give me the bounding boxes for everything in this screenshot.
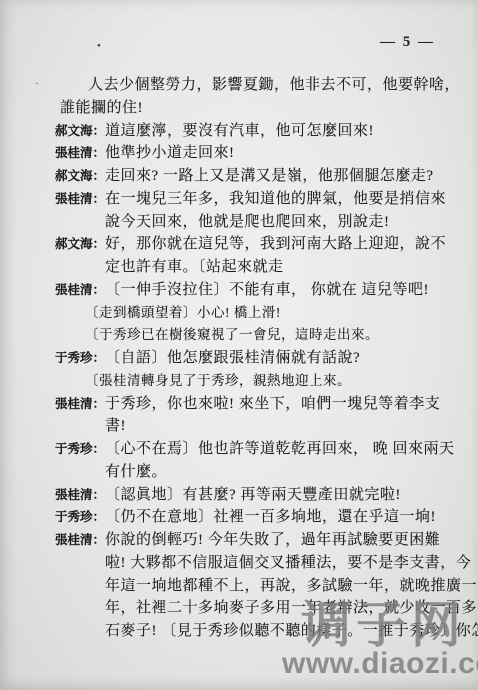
script-line: 書! bbox=[105, 415, 455, 438]
ink-speck: • bbox=[97, 40, 101, 52]
dialogue-text: 道這麼濘，要沒有汽車，他可怎麼回來! bbox=[105, 120, 455, 143]
script-line: 年這一垧地都種不上，再說，多試驗一年，就晚推廣一 bbox=[105, 575, 455, 598]
dialogue-text: 在一塊兒三年多，我知道他的脾氣，他要是捎信來 bbox=[105, 188, 455, 211]
script-line: 〔于秀珍已在樹後窺視了一會兒，這時走出來。 bbox=[85, 324, 455, 347]
script-line: 啦! 大夥都不信服這個交叉播種法，要不是李支書，今 bbox=[105, 552, 455, 575]
page-number: — 5 — bbox=[380, 34, 435, 51]
speaker-name: 張桂清： bbox=[55, 484, 105, 507]
dialogue-text: 〔仍不在意地〕社裡一百多垧地，還在乎這一垧! bbox=[105, 506, 455, 529]
speaker-name: 張桂清： bbox=[55, 393, 105, 416]
script-line: 張桂清：于秀珍，你也來啦! 來坐下，咱們一塊兒等着李支 bbox=[55, 393, 455, 416]
speaker-name: 于秀珍： bbox=[55, 506, 105, 529]
script-line: 于秀珍：〔自語〕他怎麼跟張桂清倆就有話說? bbox=[55, 347, 455, 370]
speaker-name: 張桂清： bbox=[55, 279, 105, 302]
script-line: 年，社裡二十多垧麥子多用一年老辦法，就少收一百多 bbox=[105, 597, 455, 620]
speaker-name: 張桂清： bbox=[55, 142, 105, 165]
dialogue-text: 〔自語〕他怎麼跟張桂清倆就有話說? bbox=[105, 347, 455, 370]
watermark-url: www.diaozi.com bbox=[282, 646, 478, 682]
script-line: 有什麼。 bbox=[105, 461, 455, 484]
script-line: 張桂清：〔認眞地〕有甚麼? 再等兩天豐產田就完啦! bbox=[55, 484, 455, 507]
script-lines: 人去少個整勞力，影響夏鋤，他非去不可，他要幹啥，誰能攔的住!郝文海：道這麼濘，要… bbox=[55, 74, 455, 643]
script-line: 于秀珍：〔心不在焉〕他也許等道乾乾再回來， 晚 回來兩天 bbox=[55, 438, 455, 461]
script-line: 于秀珍：〔仍不在意地〕社裡一百多垧地，還在乎這一垧! bbox=[55, 506, 455, 529]
script-line: 〔張桂清轉身見了于秀珍，親熱地迎上來。 bbox=[85, 370, 455, 393]
script-line: 人去少個整勞力，影響夏鋤，他非去不可，他要幹啥， bbox=[88, 74, 455, 97]
dialogue-text: 于秀珍，你也來啦! 來坐下，咱們一塊兒等着李支 bbox=[105, 393, 455, 416]
script-line: 張桂清：你說的倒輕巧! 今年失敗了，過年再試驗要更困難 bbox=[55, 529, 455, 552]
script-line: 石麥子! 〔見于秀珍似聽不聽的樣子。一推于秀珍〕你怎 bbox=[105, 620, 455, 643]
script-line: 張桂清：在一塊兒三年多，我知道他的脾氣，他要是捎信來 bbox=[55, 188, 455, 211]
speaker-name: 于秀珍： bbox=[55, 438, 105, 461]
script-line: 張桂清：〔一伸手沒拉住〕不能有車， 你就在 這兒等吧! bbox=[55, 279, 455, 302]
dialogue-text: 他準抄小道走回來! bbox=[105, 142, 455, 165]
dialogue-text: 〔認眞地〕有甚麼? 再等兩天豐產田就完啦! bbox=[105, 484, 455, 507]
dialogue-text: 好，那你就在這兒等，我到河南大路上迎迎，說不 bbox=[105, 233, 455, 256]
speaker-name: 郝文海： bbox=[55, 165, 105, 188]
script-line: 誰能攔的住! bbox=[60, 97, 455, 120]
dialogue-text: 你說的倒輕巧! 今年失敗了，過年再試驗要更困難 bbox=[105, 529, 455, 552]
script-line: 說今天回來，他就是爬也爬回來，別說走! bbox=[105, 211, 455, 234]
script-line: 郝文海：道這麼濘，要沒有汽車，他可怎麼回來! bbox=[55, 120, 455, 143]
dialogue-text: 〔心不在焉〕他也許等道乾乾再回來， 晚 回來兩天 bbox=[105, 438, 455, 461]
script-line: 郝文海：好，那你就在這兒等，我到河南大路上迎迎，說不 bbox=[55, 233, 455, 256]
scanned-page: — 5 — • · 人去少個整勞力，影響夏鋤，他非去不可，他要幹啥，誰能攔的住!… bbox=[0, 0, 478, 690]
script-line: 郝文海：走回來? 一路上又是溝又是嶺，他那個腿怎麼走? bbox=[55, 165, 455, 188]
speaker-name: 郝文海： bbox=[55, 233, 105, 256]
ink-speck: · bbox=[35, 78, 39, 90]
speaker-name: 張桂清： bbox=[55, 529, 105, 552]
script-line: 定也許有車。〔站起來就走 bbox=[105, 256, 455, 279]
speaker-name: 郝文海： bbox=[55, 120, 105, 143]
dialogue-text: 〔一伸手沒拉住〕不能有車， 你就在 這兒等吧! bbox=[105, 279, 455, 302]
speaker-name: 張桂清： bbox=[55, 188, 105, 211]
speaker-name: 于秀珍： bbox=[55, 347, 105, 370]
dialogue-text: 走回來? 一路上又是溝又是嶺，他那個腿怎麼走? bbox=[105, 165, 455, 188]
script-line: 〔走到橋頭望着〕小心! 橋上滑! bbox=[85, 302, 455, 325]
script-line: 張桂清：他準抄小道走回來! bbox=[55, 142, 455, 165]
